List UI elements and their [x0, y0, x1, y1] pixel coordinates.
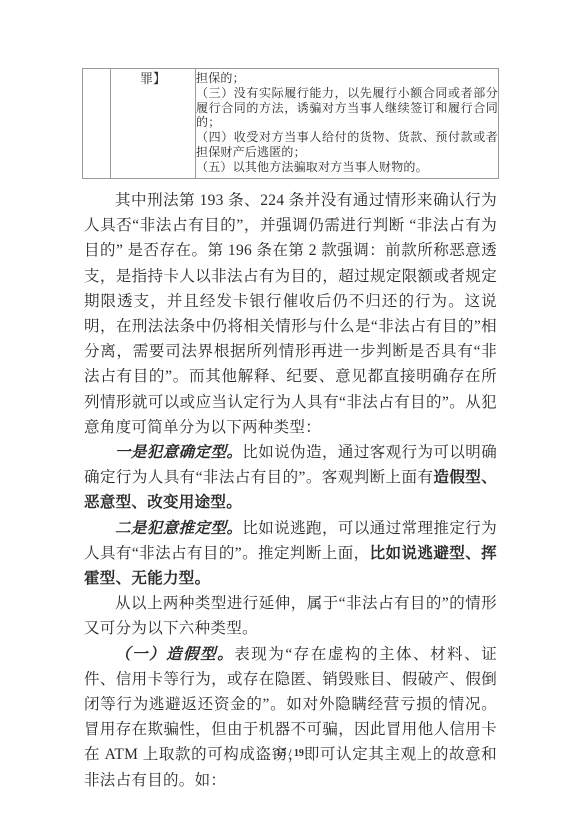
provision-line: （五）以其他方法骗取对方当事人财物的。	[196, 160, 498, 175]
table-cell-crime-label: 罪】	[111, 69, 196, 179]
text-run: 其中刑法第 193 条、224 条并没有通过情形来确认行为人具否“非法占有目的”…	[84, 192, 497, 436]
text-run: 一是犯意确定型。	[115, 444, 242, 461]
text-run: 从以上两种类型进行延伸，属于“非法占有目的”的情形又可分为以下六种类型。	[84, 595, 497, 637]
provision-list: 担保的；（三）没有实际履行能力，以先履行小额合同或者部分履行合同的方法，诱骗对方…	[196, 71, 498, 175]
table-row: 罪】 担保的；（三）没有实际履行能力，以先履行小额合同或者部分履行合同的方法，诱…	[83, 69, 499, 179]
table-cell-provisions: 担保的；（三）没有实际履行能力，以先履行小额合同或者部分履行合同的方法，诱骗对方…	[196, 69, 499, 179]
body-paragraph: 二是犯意推定型。比如说逃跑，可以通过常理推定行为人具有“非法占有目的”。推定判断…	[84, 516, 497, 592]
provision-line: （三）没有实际履行能力，以先履行小额合同或者部分履行合同的方法，诱骗对方当事人继…	[196, 86, 498, 130]
body-paragraph: （一）造假型。表现为“存在虚构的主体、材料、证件、信用卡等行为，或存在隐匿、销毁…	[84, 642, 497, 793]
body-paragraph: 从以上两种类型进行延伸，属于“非法占有目的”的情形又可分为以下六种类型。	[84, 591, 497, 641]
text-run: （一）造假型。	[115, 646, 234, 663]
text-run: 表现为“存在虚构的主体、材料、证件、信用卡等行为，或存在隐匿、销毁账目、假破产、…	[84, 646, 497, 789]
body-paragraph: 一是犯意确定型。比如说伪造，通过客观行为可以明确确定行为人具有“非法占有目的”。…	[84, 440, 497, 516]
body-text: 其中刑法第 193 条、224 条并没有通过情形来确认行为人具否“非法占有目的”…	[84, 188, 497, 793]
page-number-footer: 15 / 19	[0, 748, 580, 759]
provision-line: （四）收受对方当事人给付的货物、货款、预付款或者担保财产后逃匿的；	[196, 130, 498, 160]
document-page: 罪】 担保的；（三）没有实际履行能力，以先履行小额合同或者部分履行合同的方法，诱…	[0, 0, 580, 820]
provision-line: 担保的；	[196, 71, 498, 86]
table-cell-row-number	[83, 69, 111, 179]
text-run: 二是犯意推定型。	[115, 520, 242, 537]
body-paragraph: 其中刑法第 193 条、224 条并没有通过情形来确认行为人具否“非法占有目的”…	[84, 188, 497, 440]
continuation-table: 罪】 担保的；（三）没有实际履行能力，以先履行小额合同或者部分履行合同的方法，诱…	[82, 68, 499, 179]
